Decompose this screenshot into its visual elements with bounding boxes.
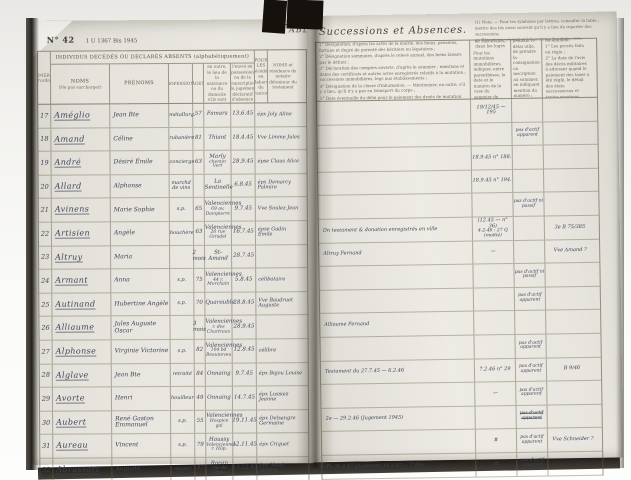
cell-observations xyxy=(547,381,597,404)
cell-situation-famille: épx Demarcy Palmire xyxy=(256,174,302,197)
declaration-line: 18.9.45 n° 194. xyxy=(473,178,512,184)
cell-actif-note xyxy=(512,99,543,122)
column-group-header: INDIVIDUS DÉCÉDÉS OU DÉCLARÉS ABSENTS (a… xyxy=(51,50,255,64)
right-page-edge xyxy=(616,18,624,468)
cell-date-deces: 28.9.45 xyxy=(231,151,255,174)
cell-declaration xyxy=(474,288,515,311)
successions-table-right: RENSEIGNEMENTS divers 1° Désignation, d'… xyxy=(315,38,603,460)
declaration-line: # xyxy=(494,462,498,467)
cell-profession: marchd de vins xyxy=(170,175,194,198)
cell-prenoms: Vincent xyxy=(112,434,171,457)
cell-lieu: Valenciennes104 bd Beauneveu xyxy=(206,340,233,363)
register-row-left: 27AlphonseVirginie Victorines.p.82Valenc… xyxy=(40,339,308,364)
print-line: 3° Déclaration des comptes ouverts, d'ap… xyxy=(319,64,466,83)
cell-date-deces: 28.7.45 xyxy=(232,245,256,268)
column-header-notaire: NOMS et résidence du notaire détenteur d… xyxy=(268,50,298,102)
cell-renseignements xyxy=(319,265,473,290)
cell-prenoms: Jean Bte xyxy=(110,104,169,127)
cell-declaration: # xyxy=(476,429,517,452)
cell-age: 63 xyxy=(194,222,205,245)
cell-lieu: Thiant xyxy=(204,127,231,150)
cell-actif-note: pas d'actif apparent xyxy=(515,334,546,357)
cell-lieu: Quarouble xyxy=(205,292,232,315)
cell-observations xyxy=(544,192,594,215)
cell-lieu: Onnaing xyxy=(206,387,233,410)
cell-situation-famille: Vve Limme Jules xyxy=(255,127,301,150)
cell-profession: mineur xyxy=(171,458,195,480)
cell-profession: rubanière xyxy=(169,127,193,150)
cell-lieu: ValenciennesHospice gal xyxy=(206,410,233,433)
cell-lieu: Valenciennesr. des Chartreux xyxy=(205,316,232,339)
cell-declaration: (12.45 — n° 36)4-2-46 : 27 Q (moitié) xyxy=(473,217,514,240)
cell-declaration: 7.2.46 n° 29 xyxy=(475,358,516,381)
right-table-header: RENSEIGNEMENTS divers 1° Désignation, d'… xyxy=(315,38,598,102)
cell-numero: 22 xyxy=(39,223,52,246)
column-header-observations: OBSERVATIONS Mentionner notamment :1° Le… xyxy=(542,39,593,98)
cell-situation-famille: Vve Baudruet Auguste xyxy=(256,292,302,315)
cell-date-deces: 5.8.45 xyxy=(232,269,256,292)
cell-profession: s.p. xyxy=(170,198,194,221)
cell-numero: 19 xyxy=(38,152,51,175)
register-row-left: 30AubertRené Gaston Emmanuels.p.55Valenc… xyxy=(40,410,308,435)
cell-situation-famille: épse Claus Alice xyxy=(255,150,301,173)
left-page: N° 42 1 U 1367 Bis 1945 Table des NUMÉRO… xyxy=(29,19,314,465)
cell-declaration: 19/12/45 — 195 xyxy=(471,99,512,122)
cell-situation-famille: épx Joly Aline xyxy=(255,103,301,126)
cell-date-deces: 19.11.45 xyxy=(233,410,257,433)
binding-gap-shadow xyxy=(262,0,287,34)
archive-cote: 1 U 1367 Bis 1945 xyxy=(86,38,138,44)
print-line: 2° Désignation sommaire, d'après le rele… xyxy=(319,52,466,65)
cell-nom: Alphonse xyxy=(53,340,112,363)
cell-nom: Allard xyxy=(52,175,111,198)
cell-actif-note xyxy=(515,311,546,334)
declaration-line: — xyxy=(493,391,498,396)
cell-actif-note: pas d'actif apparent xyxy=(512,122,543,145)
successions-table-left: NUMÉROS d'ordre INDIVIDUS DÉCÉDÉS OU DÉC… xyxy=(37,49,310,465)
cell-date-deces: 28.9.45 xyxy=(232,316,256,339)
cell-nom: Améglio xyxy=(51,104,110,127)
cell-situation-famille: épx Criquet xyxy=(257,434,303,457)
lieu-commune: Famars xyxy=(204,112,230,118)
cell-actif-note: pas d'actif ni passif xyxy=(514,264,545,287)
cell-lieu: Valenciennes44 r. Morchain xyxy=(205,269,232,292)
print-line: Pour les mutations immobilières, indique… xyxy=(473,50,508,99)
column-header-prenoms: PRÉNOMS xyxy=(110,64,169,103)
register-row-left: 29AvorteHenrihouilleur49Onnaing14.7.45ép… xyxy=(40,386,308,411)
cell-date-deces: 28.8.45 xyxy=(232,292,256,315)
cell-age: 79 xyxy=(195,434,206,457)
page-number-stamp: N° 42 xyxy=(47,35,75,45)
cell-declaration xyxy=(473,264,514,287)
cell-prenoms: Henri xyxy=(112,387,171,410)
declaration-line: 7.2.46 n° 29 xyxy=(479,367,510,373)
print-line: 1° Désignation, d'après les actes de la … xyxy=(319,41,466,54)
page-header-row: N° 42 1 U 1367 Bis 1945 xyxy=(47,27,138,47)
lieu-detail: 104 bd Beauneveu xyxy=(206,349,232,359)
scanned-register-page: N° 42 1 U 1367 Bis 1945 Table des NUMÉRO… xyxy=(0,0,631,480)
left-table-header: NUMÉROS d'ordre INDIVIDUS DÉCÉDÉS OU DÉC… xyxy=(37,49,307,105)
cell-situation-famille: célibre xyxy=(257,339,303,362)
lieu-detail: 69 av. Dampierre xyxy=(205,207,231,217)
cell-profession: s.p. xyxy=(170,269,194,292)
cell-actif-note: pas d'actif apparent xyxy=(516,405,547,428)
cell-renseignements: 2e — 29.2.46 (Jugement 1945) xyxy=(322,406,476,431)
cell-situation-famille: Vve Soulez Jean xyxy=(256,198,302,221)
cell-numero: 26 xyxy=(39,317,52,340)
lieu-commune: Onnaing xyxy=(206,395,232,401)
cell-lieu: La Sentinelle xyxy=(205,174,232,197)
cell-renseignements: Alliaume Fernand xyxy=(320,312,474,337)
cell-renseignements xyxy=(320,288,474,313)
cell-numero: 23 xyxy=(39,246,52,269)
print-line: 4° Désignation de la classe d'inhumation… xyxy=(320,82,467,95)
cell-prenoms: Auguste xyxy=(112,458,171,480)
cell-prenoms: Marie Sophie xyxy=(111,198,170,221)
cell-numero: 32 xyxy=(40,459,53,480)
cell-profession: s.p. xyxy=(170,293,194,316)
cell-profession: s.p. xyxy=(171,340,195,363)
cell-lieu: Valenciennes26 rue Grindel xyxy=(205,222,232,245)
cell-nom: Avinens xyxy=(52,199,111,222)
cell-observations: Vve Amand ? xyxy=(545,239,595,262)
cell-date-deces: 12.8.45 xyxy=(233,339,257,362)
lieu-detail: 44 r. Morchain xyxy=(205,278,231,288)
register-row-left: 17AméglioJean Btemétallurg.57Famars13.6.… xyxy=(38,103,306,128)
cell-prenoms: Céline xyxy=(110,128,169,151)
cell-observations xyxy=(547,404,597,427)
cell-numero: 28 xyxy=(40,364,53,387)
cell-prenoms: Hubertine Angèle xyxy=(111,293,170,316)
cell-nom: Alglave xyxy=(53,364,112,387)
cell-renseignements xyxy=(320,336,474,361)
cell-observations: B 9/46 xyxy=(547,357,597,380)
cell-actif-note: pas d'actif ni passif xyxy=(513,193,544,216)
column-header-lieu: LIEU du décès Indiquer, en outre, le lie… xyxy=(204,64,231,103)
cell-nom: Aureau xyxy=(53,435,112,458)
cell-renseignements xyxy=(318,147,472,172)
declaration-line-2: 4-2-46 : 27 Q (moitié) xyxy=(473,229,513,239)
cell-observations xyxy=(546,287,596,310)
cell-situation-famille: célibataire xyxy=(256,268,302,291)
cell-nom: Abrassart xyxy=(53,458,112,480)
column-header-dates: DATES du décès, de l'envoi en possession… xyxy=(231,63,255,102)
cell-renseignements: Dn testament & donation enregistrés en v… xyxy=(319,218,473,243)
cell-date-deces: 9.7.45 xyxy=(233,363,257,386)
cell-age: 70 xyxy=(194,293,205,316)
cell-date-deces: 12.11.45 xyxy=(233,434,257,457)
cell-profession: houilleur xyxy=(171,387,195,410)
cell-profession: concierge xyxy=(169,151,193,174)
column-header-pour-les: POUR LES décédés en dehors du canton xyxy=(255,50,268,102)
cell-numero: 21 xyxy=(39,199,52,222)
cell-actif-note xyxy=(513,146,544,169)
declaration-line: 18.9.45 n° 188. xyxy=(472,155,511,161)
cell-observations xyxy=(546,310,596,333)
cell-prenoms: Alphonse xyxy=(111,175,170,198)
cell-numero: 29 xyxy=(40,388,53,411)
cell-prenoms: Jean Bte xyxy=(112,364,171,387)
cell-numero: 27 xyxy=(40,341,53,364)
cell-observations xyxy=(544,169,594,192)
cell-numero: 31 xyxy=(40,435,53,458)
cell-age: 82 xyxy=(195,340,206,363)
cell-date-deces: 13.12.45 xyxy=(233,457,257,480)
cell-profession: bouchère xyxy=(170,222,194,245)
lieu-detail: r. des Chartreux xyxy=(206,325,232,335)
cell-actif-note xyxy=(514,240,545,263)
declaration-line: — xyxy=(491,249,496,254)
cell-actif-note: pas d'actif apparent xyxy=(517,429,548,452)
cell-renseignements xyxy=(318,170,472,195)
cell-prenoms: Virginie Victorine xyxy=(112,340,171,363)
cell-lieu: Valenciennes69 av. Dampierre xyxy=(205,198,232,221)
register-row-left: 21AvinensMarie Sophies.p.65Valenciennes6… xyxy=(39,198,307,223)
cell-actif-note: pas d'actif apparent xyxy=(516,382,547,405)
cell-lieu: Onnaing xyxy=(206,363,233,386)
declaration-line: # xyxy=(494,438,498,443)
binding-gap-shadow xyxy=(287,0,324,30)
register-row-right: Pv 30.4.47 (Jugement 14.3.47 — 7 Bis)#pa… xyxy=(322,452,602,480)
register-row-left: 26AlliaumeJules Auguste Oscar3 moisValen… xyxy=(39,316,307,341)
register-row-left: 25AutinandHubertine Angèles.p.70Quaroubl… xyxy=(39,292,307,317)
register-row-left: 28AlglaveJean Bteretraité84Onnaing9.7.45… xyxy=(40,363,308,388)
column-header-professions: PROFESSIONS xyxy=(169,64,193,103)
cell-observations: Vve Schneider ? xyxy=(548,428,598,451)
cell-lieu: Roisinrue de Paris xyxy=(206,458,233,480)
column-header-certificat: DATE de l'envoi de l'extrait par le Dire… xyxy=(511,40,543,98)
cell-observations xyxy=(543,98,593,121)
cell-numero: 20 xyxy=(39,176,52,199)
cell-prenoms: Maria xyxy=(111,246,170,269)
cell-declaration: 18.9.45 n° 194. xyxy=(472,170,513,193)
cell-lieu: Famars xyxy=(204,104,231,127)
book-spine-shadow xyxy=(26,18,39,470)
cell-profession: métallurg. xyxy=(169,104,193,127)
register-row-left: 20AllardAlphonsemarchd de vinsLa Sentine… xyxy=(39,174,307,199)
left-table-rows: 17AméglioJean Btemétallurg.57Famars13.6.… xyxy=(37,103,309,480)
cell-profession: retraité xyxy=(171,363,195,386)
cell-renseignements xyxy=(322,430,476,455)
cell-numero: 24 xyxy=(39,270,52,293)
declaration-line: 19/12/45 — 195 xyxy=(471,105,511,116)
cell-renseignements: Altruy Fernand xyxy=(319,241,473,266)
cell-declaration xyxy=(474,311,515,334)
cell-age: 84 xyxy=(195,363,206,386)
cell-date-deces: 9.7.45 xyxy=(232,198,256,221)
cell-profession: s.p. xyxy=(171,411,195,434)
cell-declaration xyxy=(475,406,516,429)
lieu-detail: rue de Paris xyxy=(206,467,232,477)
cell-numero: 17 xyxy=(38,105,51,128)
lieu-commune: St-Amand xyxy=(205,251,231,263)
column-header-numero: NUMÉROS d'ordre xyxy=(38,52,51,104)
cell-prenoms: Anna xyxy=(111,269,170,292)
lieu-detail: chemin Vert xyxy=(205,160,231,170)
cell-nom: André xyxy=(51,152,110,175)
cell-renseignements xyxy=(318,194,472,219)
cell-numero: 18 xyxy=(38,128,51,151)
right-table-rows: 19/12/45 — 195pas d'actif apparent18.9.4… xyxy=(316,98,604,480)
cell-date-deces: 18.4.45 xyxy=(231,127,255,150)
cell-declaration: — xyxy=(473,241,514,264)
lieu-detail: Hospice gal xyxy=(206,420,232,430)
register-title-right: Successions et Absences. xyxy=(319,25,467,38)
cell-age: 57 xyxy=(193,104,204,127)
print-line: 1° Les procès faits en régie ; xyxy=(545,43,589,55)
cell-date-deces: 6.8.45 xyxy=(232,174,256,197)
cell-age: 55 xyxy=(195,411,206,434)
cell-situation-famille: épx Lussiez Jeanne xyxy=(257,386,303,409)
cell-situation-famille: épx Delsangre Germaine xyxy=(257,410,303,433)
cell-numero: 25 xyxy=(39,293,52,316)
cell-observations xyxy=(543,121,593,144)
cell-age: 49 xyxy=(195,387,206,410)
cell-renseignements xyxy=(317,123,471,148)
lieu-commune: Quarouble xyxy=(205,301,231,307)
cell-observations: 3e B 75/385 xyxy=(545,216,595,239)
cell-situation-famille xyxy=(256,316,302,339)
cell-observations xyxy=(545,263,595,286)
register-row-left: 31AureauVincents.p.79HaussyValenciennes … xyxy=(40,433,308,458)
cell-profession xyxy=(170,316,194,339)
cell-nom: Amand xyxy=(51,128,110,151)
cell-numero: 30 xyxy=(40,411,53,434)
cell-situation-famille: épx Bajou Louise xyxy=(257,363,303,386)
cell-nom: Autinand xyxy=(52,293,111,316)
column-header-declarations: DATES ET NUMÉROS des déclarations de suc… xyxy=(470,40,512,99)
cell-nom: Altruy xyxy=(52,246,111,269)
cell-situation-famille: épse Gadin Émile xyxy=(256,221,302,244)
cell-observations xyxy=(544,145,594,168)
cell-declaration: 18.9.45 n° 188. xyxy=(472,146,513,169)
cell-renseignements: Testament du 27.7.45 — 6.2.46 xyxy=(321,359,475,384)
cell-renseignements xyxy=(321,383,475,408)
cell-age: 63 xyxy=(193,151,204,174)
cell-actif-note: pas d'actif apparent xyxy=(516,358,547,381)
register-row-left: 24ArmantAnnas.p.75Valenciennes44 r. Morc… xyxy=(39,268,307,293)
cell-actif-note xyxy=(514,216,545,239)
cell-lieu: Marlychemin Vert xyxy=(204,151,231,174)
cell-observations xyxy=(548,452,598,475)
register-row-left: 23AltruyMaria2 moisSt-Amand28.7.45 xyxy=(39,245,307,270)
open-register-book: N° 42 1 U 1367 Bis 1945 Table des NUMÉRO… xyxy=(30,16,622,474)
cell-profession: s.p. xyxy=(171,434,195,457)
cell-renseignements: Pv 30.4.47 (Jugement 14.3.47 — 7 Bis) xyxy=(322,453,476,478)
cell-actif-note: pas d'actif apparent xyxy=(517,452,548,475)
cell-age: 81 xyxy=(193,127,204,150)
lieu-detail: Valenciennes r. Hôp. xyxy=(206,443,232,453)
cell-age: 47 xyxy=(195,458,206,480)
column-header-ages: ÂGES xyxy=(193,64,204,103)
cell-age: 65 xyxy=(194,198,205,221)
cell-prenoms: Angèle xyxy=(111,222,170,245)
cell-declaration xyxy=(471,123,512,146)
cell-age xyxy=(194,175,205,198)
cell-declaration xyxy=(472,193,513,216)
cell-lieu: St-Amand xyxy=(205,245,232,268)
cell-nom: Alliaume xyxy=(52,317,111,340)
cell-declaration xyxy=(474,335,515,358)
column-header-noms: NOMS (Ne pas surcharger) xyxy=(51,64,110,103)
print-line: mettre des bis aussi souvent qu'il y a l… xyxy=(475,24,603,37)
cell-age: 3 mois xyxy=(194,316,205,339)
column-header-renseignements: RENSEIGNEMENTS divers 1° Désignation, d'… xyxy=(316,41,471,101)
cell-prenoms: Jules Auguste Oscar xyxy=(111,316,170,339)
cell-nom: Aubert xyxy=(53,411,112,434)
cell-observations xyxy=(546,334,596,357)
register-row-left: 22ArtisienAngèlebouchère63Valenciennes26… xyxy=(39,221,307,246)
cell-age: 2 mois xyxy=(194,245,205,268)
register-row-left: 32AbrassartAugustemineur47Roisinrue de P… xyxy=(40,457,308,480)
cell-nom: Avorte xyxy=(53,387,112,410)
cell-nom: Artisien xyxy=(52,222,111,245)
register-row-left: 19AndréDésiré Émileconcierge63Marlychemi… xyxy=(38,150,306,175)
lieu-commune: Onnaing xyxy=(206,372,232,378)
cell-actif-note: pas d'actif apparent xyxy=(515,287,546,310)
print-line: de l'envoi de l'extrait par le Directeur… xyxy=(513,40,541,98)
cell-date-deces: 16.7.45 xyxy=(232,221,256,244)
register-row-left: 18AmandCélinerubanière81Thiant18.4.45Vve… xyxy=(38,127,306,152)
cell-declaration: # xyxy=(476,453,517,476)
cell-prenoms: René Gaston Emmanuel xyxy=(112,411,171,434)
print-line: 2° La date de l'avis des décès militaire… xyxy=(545,55,590,98)
cell-age: 75 xyxy=(194,269,205,292)
cell-date-deces: 14.7.45 xyxy=(233,387,257,410)
cell-lieu: HaussyValenciennes r. Hôp. xyxy=(206,434,233,457)
cell-declaration: — xyxy=(475,382,516,405)
lieu-commune: La Sentinelle xyxy=(205,180,231,192)
right-page: Successions et Absences. (1) Nota. — Pou… xyxy=(307,11,624,462)
cell-prenoms: Désiré Émile xyxy=(110,151,169,174)
cell-actif-note xyxy=(513,169,544,192)
lieu-detail: 26 rue Grindel xyxy=(205,231,231,241)
cell-profession xyxy=(170,245,194,268)
cell-situation-famille: épx Natal Juliette xyxy=(257,457,303,480)
cell-renseignements xyxy=(317,100,471,125)
cell-situation-famille xyxy=(256,245,302,268)
cell-nom: Armant xyxy=(52,270,111,293)
lieu-commune: Thiant xyxy=(204,136,230,142)
cell-date-deces: 13.6.45 xyxy=(231,103,255,126)
